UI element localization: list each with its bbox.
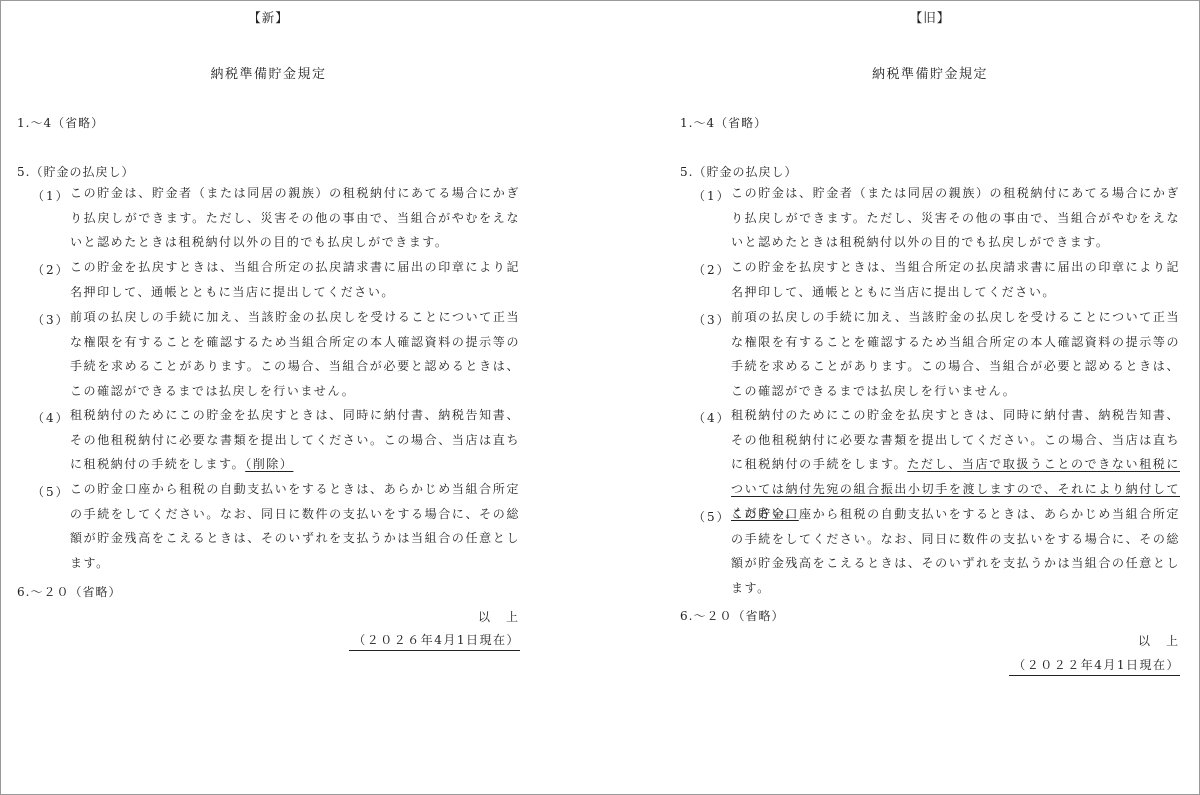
clause-label: （3） xyxy=(693,311,731,328)
section-5-heading: 5.（貯金の払戻し） xyxy=(17,163,134,180)
clause-item-5: （5） この貯金口座から租税の自動支払いをするときは、あらかじめ当組合所定の手続… xyxy=(32,483,520,575)
document-title: 納税準備貯金規定 xyxy=(680,63,1180,82)
section-6-20: 6.～２０（省略） xyxy=(17,583,121,600)
section-5-heading: 5.（貯金の払戻し） xyxy=(680,163,797,180)
clause-label: （4） xyxy=(693,409,731,426)
clause-item-3: （3） 前項の払戻しの手続に加え、当該貯金の払戻しを受けることについて正当な権限… xyxy=(32,311,520,403)
new-label: 【新】 xyxy=(17,8,520,26)
clause-label: （1） xyxy=(693,187,731,204)
clause-text: 前項の払戻しの手続に加え、当該貯金の払戻しを受けることについて正当な権限を有する… xyxy=(731,305,1180,403)
document-title: 納税準備貯金規定 xyxy=(17,63,520,82)
clause-label: （4） xyxy=(32,409,70,426)
clause-text: この貯金を払戻すときは、当組合所定の払戻請求書に届出の印章により記名押印して、通… xyxy=(731,255,1180,304)
clause-text: 前項の払戻しの手続に加え、当該貯金の払戻しを受けることについて正当な権限を有する… xyxy=(70,305,520,403)
clause-item-1: （1） この貯金は、貯金者（または同居の親族）の租税納付にあてる場合にかぎり払戻… xyxy=(693,187,1180,255)
new-version-column: 【新】 納税準備貯金規定 1.～4（省略） 5.（貯金の払戻し） （1） この貯… xyxy=(17,0,520,795)
clause-item-1: （1） この貯金は、貯金者（または同居の親族）の租税納付にあてる場合にかぎり払戻… xyxy=(32,187,520,255)
clause-label: （3） xyxy=(32,311,70,328)
clause-text: この貯金は、貯金者（または同居の親族）の租税納付にあてる場合にかぎり払戻しができ… xyxy=(731,181,1180,255)
section-1-4: 1.～4（省略） xyxy=(17,114,104,131)
clause-label: （1） xyxy=(32,187,70,204)
clause-text: この貯金口座から租税の自動支払いをするときは、あらかじめ当組合所定の手続をしてく… xyxy=(731,502,1180,600)
section-1-4: 1.～4（省略） xyxy=(680,114,767,131)
old-label: 【旧】 xyxy=(680,8,1180,26)
effective-date: （２０２２年4月1日現在） xyxy=(1009,656,1180,676)
clause-label: （2） xyxy=(693,261,731,278)
old-version-column: 【旧】 納税準備貯金規定 1.～4（省略） 5.（貯金の払戻し） （1） この貯… xyxy=(680,0,1180,795)
clause-label: （5） xyxy=(32,483,70,500)
clause-item-2: （2） この貯金を払戻すときは、当組合所定の払戻請求書に届出の印章により記名押印… xyxy=(693,261,1180,304)
clause-text: この貯金口座から租税の自動支払いをするときは、あらかじめ当組合所定の手続をしてく… xyxy=(70,477,520,575)
clause-label: （5） xyxy=(693,508,731,525)
clause-item-4: （4） 租税納付のためにこの貯金を払戻すときは、同時に納付書、納税告知書、その他… xyxy=(32,409,520,477)
clause-text: 租税納付のためにこの貯金を払戻すときは、同時に納付書、納税告知書、その他租税納付… xyxy=(70,408,520,471)
clause-text-container: 租税納付のためにこの貯金を払戻すときは、同時に納付書、納税告知書、その他租税納付… xyxy=(70,403,520,477)
effective-date: （２０２６年4月1日現在） xyxy=(349,631,520,651)
clause-item-2: （2） この貯金を払戻すときは、当組合所定の払戻請求書に届出の印章により記名押印… xyxy=(32,261,520,304)
clause-text: この貯金を払戻すときは、当組合所定の払戻請求書に届出の印章により記名押印して、通… xyxy=(70,255,520,304)
clause-text: この貯金は、貯金者（または同居の親族）の租税納付にあてる場合にかぎり払戻しができ… xyxy=(70,181,520,255)
section-6-20: 6.～２０（省略） xyxy=(680,607,784,624)
clause-item-3: （3） 前項の払戻しの手続に加え、当該貯金の払戻しを受けることについて正当な権限… xyxy=(693,311,1180,403)
clause-item-5: （5） この貯金口座から租税の自動支払いをするときは、あらかじめ当組合所定の手続… xyxy=(693,508,1180,600)
ijo-end-mark: 以 上 xyxy=(478,608,520,625)
deleted-marker: （削除） xyxy=(245,457,293,471)
ijo-end-mark: 以 上 xyxy=(1138,632,1180,649)
clause-label: （2） xyxy=(32,261,70,278)
